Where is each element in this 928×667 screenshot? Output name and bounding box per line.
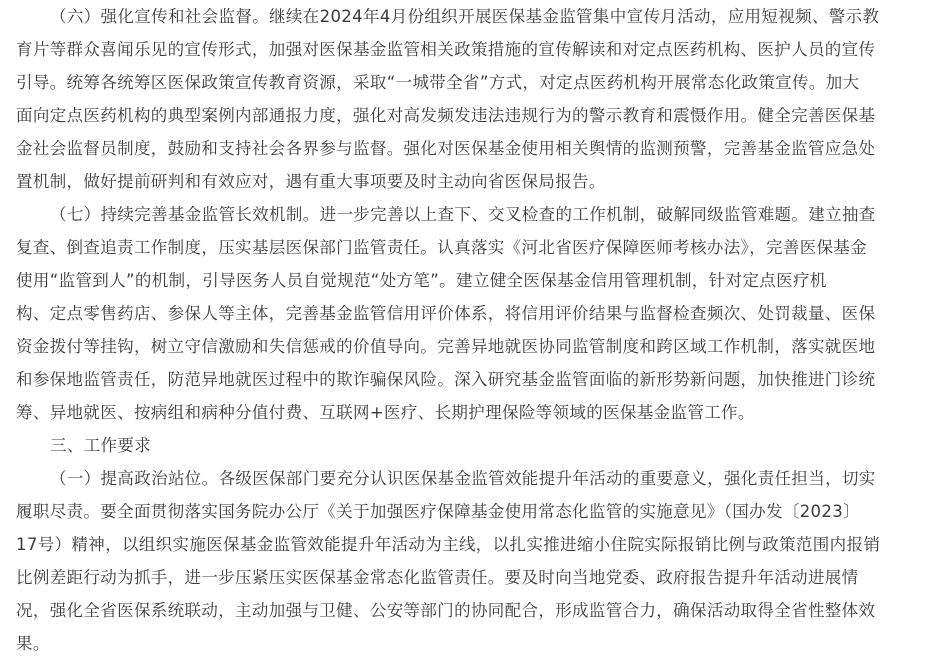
text-line: 履职尽责。要全面贯彻落实国务院办公厅《关于加强医疗保障基金使用常态化监管的实施意… xyxy=(16,502,860,522)
text-line: 使用“监管到人”的机制，引导医务人员自觉规范“处方笔”。建立健全医保基金信用管理… xyxy=(16,271,827,291)
text-line: 置机制，做好提前研判和有效应对，遇有重大事项要及时主动向省医保局报告。 xyxy=(16,172,606,192)
text-line: （六）强化宣传和社会监督。继续在2024年4月份组织开展医保基金监管集中宣传月活… xyxy=(50,7,879,27)
text-line: 引导。统筹各统筹区医保政策宣传教育资源，采取“一城带全省”方式，对定点医药机构开… xyxy=(16,73,859,93)
text-line: 复查、倒查追责工作制度，压实基层医保部门监管责任。认真落实《河北省医疗保障医师考… xyxy=(16,238,867,258)
text-line: （七）持续完善基金监管长效机制。进一步完善以上查下、交叉检查的工作机制，破解同级… xyxy=(50,205,876,225)
document-body: （六）强化宣传和社会监督。继续在2024年4月份组织开展医保基金监管集中宣传月活… xyxy=(0,0,928,667)
heading-text: 三、工作要求 xyxy=(50,436,151,456)
text-line: （一）提高政治站位。各级医保部门要充分认识医保基金监管效能提升年活动的重要意义，… xyxy=(50,469,876,489)
text-line: 比例差距行动为抓手，进一步压紧压实医保基金常态化监管责任。要及时向当地党委、政府… xyxy=(16,568,859,588)
text-line: 17号）精神，以组织实施医保基金监管效能提升年活动为主线，以扎实推进缩小住院实际… xyxy=(16,535,880,555)
text-line: 筹、异地就医、按病组和病种分值付费、互联网+医疗、长期护理保险等领域的医保基金监… xyxy=(16,403,755,423)
text-line: 和参保地监管责任，防范异地就医过程中的欺诈骗保风险。深入研究基金监管面临的新形势… xyxy=(16,370,875,390)
text-line: 育片等群众喜闻乐见的宣传形式，加强对医保基金监管相关政策措施的宣传解读和对定点医… xyxy=(16,40,875,60)
text-line: 面向定点医药机构的典型案例内部通报力度，强化对高发频发违法违规行为的警示教育和震… xyxy=(16,106,875,126)
text-line: 金社会监督员制度，鼓励和支持社会各界参与监督。强化对医保基金使用相关舆情的监测预… xyxy=(16,139,875,159)
text-line: 资金拨付等挂钩，树立守信激励和失信惩戒的价值导向。完善异地就医协同监管制度和跨区… xyxy=(16,337,875,357)
text-line: 果。 xyxy=(16,634,50,654)
text-line: 构、定点零售药店、参保人等主体，完善基金监管信用评价体系，将信用评价结果与监督检… xyxy=(16,304,875,324)
text-line: 况，强化全省医保系统联动，主动加强与卫健、公安等部门的协同配合，形成监管合力，确… xyxy=(16,601,875,621)
